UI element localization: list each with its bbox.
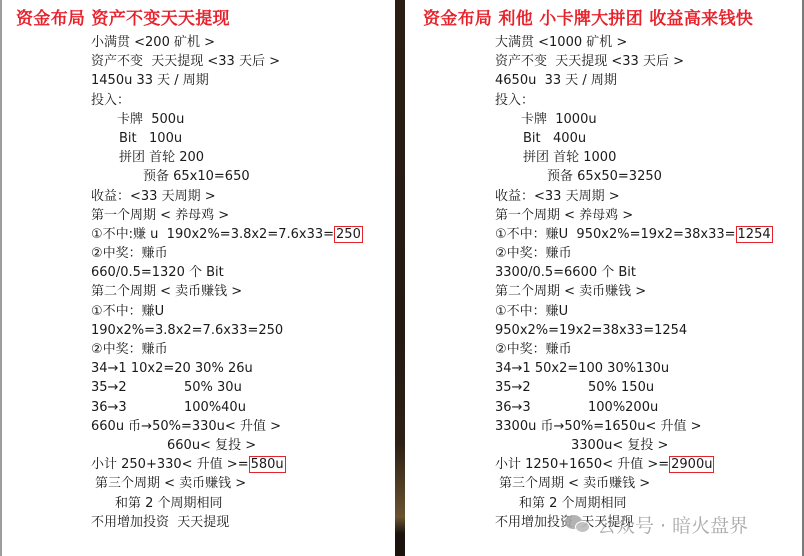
line: ②中奖：赚币 (91, 244, 363, 263)
line: 35→250% 30u (91, 378, 363, 397)
wechat-icon (565, 515, 591, 535)
line: 收益：<33 天周期 > (91, 187, 363, 206)
highlighted-value: 1254 (736, 226, 773, 243)
line: 3300/0.5=6600 个 Bit (495, 263, 773, 282)
right-body: 大满贯 <1000 矿机 > 资产不变 天天提现 <33 天后 > 4650u … (495, 33, 773, 532)
line-col: 100%200u (588, 400, 658, 415)
line: 1450u 33 天 / 周期 (91, 71, 363, 90)
line: 卡牌 1000u (495, 110, 773, 129)
line: 190x2%=3.8x2=7.6x33=250 (91, 321, 363, 340)
line: ①不中：赚U (91, 302, 363, 321)
line-text: 小计 1250+1650< 升值 >= (495, 457, 669, 472)
line: 第二个周期 < 卖币赚钱 > (91, 282, 363, 301)
line-col: 35→2 (495, 378, 588, 397)
right-title: 资金布局 利他 小卡牌大拼团 收益高来钱快 (423, 4, 753, 29)
line: 34→1 50x2=100 30%130u (495, 359, 773, 378)
highlighted-value: 580u (249, 456, 286, 473)
center-divider (395, 0, 405, 556)
line: Bit 100u (91, 129, 363, 148)
line: 资产不变 天天提现 <33 天后 > (91, 52, 363, 71)
line: 预备 65x50=3250 (495, 167, 773, 186)
line: ①不中：赚U (495, 302, 773, 321)
line-col: 50% 30u (184, 380, 242, 395)
line: 收益：<33 天周期 > (495, 187, 773, 206)
line: 660u< 复投 > (91, 436, 363, 455)
line: 3300u 币→50%=1650u< 升值 > (495, 417, 773, 436)
line: 35→250% 150u (495, 378, 773, 397)
line-col: 35→2 (91, 378, 184, 397)
line: 和第 2 个周期相同 (91, 494, 363, 513)
line: 大满贯 <1000 矿机 > (495, 33, 773, 52)
line: 不用增加投资 天天提现 (91, 513, 363, 532)
line: ①不中：赚U 950x2%=19x2=38x33=1254 (495, 225, 773, 244)
line-col: 36→3 (495, 398, 588, 417)
line: 投入： (495, 91, 773, 110)
line: 小计 250+330< 升值 >=580u (91, 455, 363, 474)
line-col: 36→3 (91, 398, 184, 417)
line-text: 小计 250+330< 升值 >= (91, 457, 249, 472)
line: 卡牌 500u (91, 110, 363, 129)
line-col: 100%40u (184, 400, 246, 415)
line: ②中奖：赚币 (495, 340, 773, 359)
line: 3300u< 复投 > (495, 436, 773, 455)
line: 36→3100%200u (495, 398, 773, 417)
line: 预备 65x10=650 (91, 167, 363, 186)
right-panel: 资金布局 利他 小卡牌大拼团 收益高来钱快 大满贯 <1000 矿机 > 资产不… (405, 0, 804, 556)
line: 拼团 首轮 1000 (495, 148, 773, 167)
line: 34→1 10x2=20 30% 26u (91, 359, 363, 378)
line: 和第 2 个周期相同 (495, 494, 773, 513)
left-title: 资金布局 资产不变天天提现 (16, 4, 230, 29)
watermark: 公众号 · 暗火盘界 (565, 511, 748, 538)
line-text: ①不中:赚 u 190x2%=3.8x2=7.6x33= (91, 227, 334, 242)
line: 小计 1250+1650< 升值 >=2900u (495, 455, 773, 474)
line: 资产不变 天天提现 <33 天后 > (495, 52, 773, 71)
line: 第三个周期 < 卖币赚钱 > (91, 474, 363, 493)
line-text: ①不中：赚U 950x2%=19x2=38x33= (495, 227, 736, 242)
line: 950x2%=19x2=38x33=1254 (495, 321, 773, 340)
line: ②中奖：赚币 (91, 340, 363, 359)
line: 第二个周期 < 卖币赚钱 > (495, 282, 773, 301)
line: 第三个周期 < 卖币赚钱 > (495, 474, 773, 493)
line: 660u 币→50%=330u< 升值 > (91, 417, 363, 436)
line: 4650u 33 天 / 周期 (495, 71, 773, 90)
left-body: 小满贯 <200 矿机 > 资产不变 天天提现 <33 天后 > 1450u 3… (91, 33, 363, 532)
highlighted-value: 250 (334, 226, 363, 243)
line: 小满贯 <200 矿机 > (91, 33, 363, 52)
left-panel: 资金布局 资产不变天天提现 小满贯 <200 矿机 > 资产不变 天天提现 <3… (0, 0, 395, 556)
watermark-text: 公众号 · 暗火盘界 (597, 511, 748, 538)
line: 36→3100%40u (91, 398, 363, 417)
line: ②中奖：赚币 (495, 244, 773, 263)
line: 拼团 首轮 200 (91, 148, 363, 167)
line-col: 50% 150u (588, 380, 654, 395)
line: ①不中:赚 u 190x2%=3.8x2=7.6x33=250 (91, 225, 363, 244)
line: 第一个周期 < 养母鸡 > (91, 206, 363, 225)
line: 660/0.5=1320 个 Bit (91, 263, 363, 282)
line: Bit 400u (495, 129, 773, 148)
line: 第一个周期 < 养母鸡 > (495, 206, 773, 225)
line: 投入： (91, 91, 363, 110)
highlighted-value: 2900u (669, 456, 714, 473)
